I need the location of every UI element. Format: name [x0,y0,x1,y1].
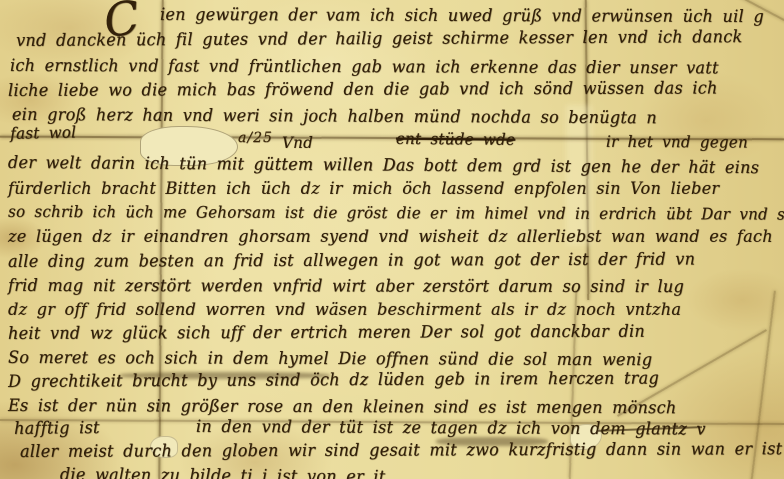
manuscript-line: hafftig ist [14,417,100,438]
manuscript-line: ent stüde wde [396,129,515,149]
manuscript-line: vnd dancken üch fil gutes vnd der hailig… [16,26,743,50]
manuscript-line: liche liebe wo die mich bas fröwend den … [8,78,718,101]
manuscript-line: ein groß herz han vnd weri sin joch halb… [12,104,657,128]
manuscript-line: ze lügen dz ir einandren ghorsam syend v… [8,226,773,246]
manuscript-line: ir het vnd gegen [606,132,748,152]
folio-annotation: a/25 [238,130,273,146]
manuscript-line: So meret es och sich in dem hymel Die of… [8,347,652,369]
manuscript-line: Es ist der nün sin größer rose an den kl… [8,395,677,417]
manuscript-line: fast wol [10,123,76,143]
manuscript-line: heit vnd wz glück sich uff der ertrich m… [8,321,645,343]
manuscript-line: in den vnd der tüt ist ze tagen dz ich v… [196,416,706,439]
manuscript-line: alle ding zum besten an frid ist allwege… [8,249,695,272]
manuscript-page: C a/25 ien gewürgen der vam ich sich uwe… [0,0,784,479]
manuscript-line: Vnd [282,133,313,152]
manuscript-line: D grechtikeit brucht by uns sind öch dz … [8,368,659,392]
manuscript-line: dz gr off frid sollend worren vnd wäsen … [8,299,681,319]
manuscript-line: so schrib ich üch me Gehorsam ist die gr… [8,202,784,224]
manuscript-line: ich ernstlich vnd fast vnd früntlichen g… [10,55,719,78]
manuscript-line: aller meist durch den globen wir sind ge… [20,438,782,461]
manuscript-line: ien gewürgen der vam ich sich uwed grüß … [160,4,764,26]
manuscript-line: frid mag nit zerstört werden vnfrid wirt… [8,275,684,296]
manuscript-line: die walten zu bilde ti i ist von er it [60,464,386,479]
manuscript-line: der welt darin ich tün mit güttem willen… [8,152,759,177]
manuscript-line: fürderlich bracht Bitten ich üch dz ir m… [8,178,719,198]
